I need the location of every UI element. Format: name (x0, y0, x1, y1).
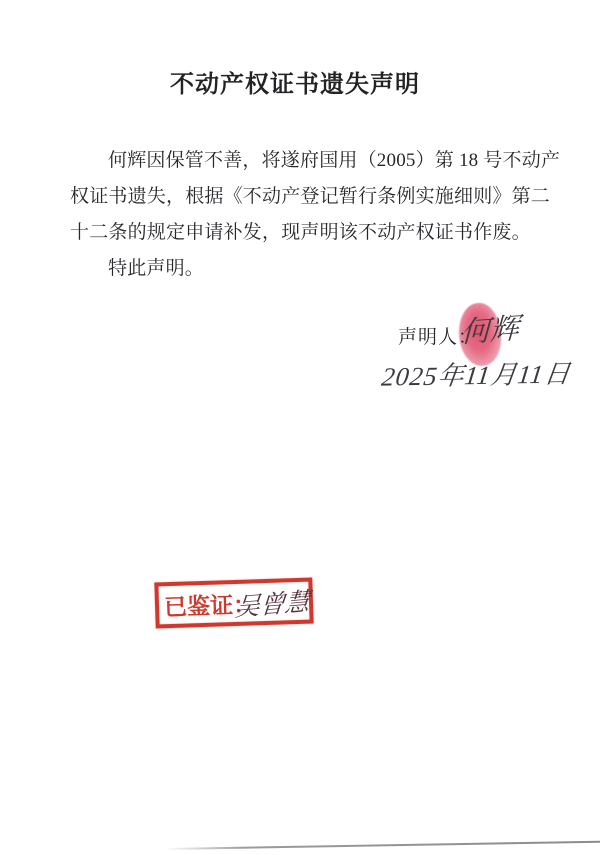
body-line-1: 何辉因保管不善，将遂府国用（2005）第 18 号不动产 (70, 145, 583, 172)
document-page: 不动产权证书遗失声明 何辉因保管不善，将遂府国用（2005）第 18 号不动产 … (0, 0, 600, 855)
declarant-signature-handwriting: 何辉 (460, 306, 519, 351)
body-line-4: 特此声明。 (70, 253, 583, 280)
body-line-2: 权证书遗失，根据《不动产登记暂行条例实施细则》第二 (70, 181, 545, 208)
body-line-3: 十二条的规定申请补发，现声明该不动产权证书作废。 (70, 217, 545, 244)
stamp-signature-handwriting: 吴曾慧 (233, 581, 311, 624)
verification-stamp: 已鉴证： 吴曾慧 (154, 578, 313, 629)
document-title: 不动产权证书遗失声明 (0, 64, 590, 99)
date-handwriting: 2025年11月11日 (380, 353, 574, 393)
scan-edge-artifact (165, 841, 600, 850)
